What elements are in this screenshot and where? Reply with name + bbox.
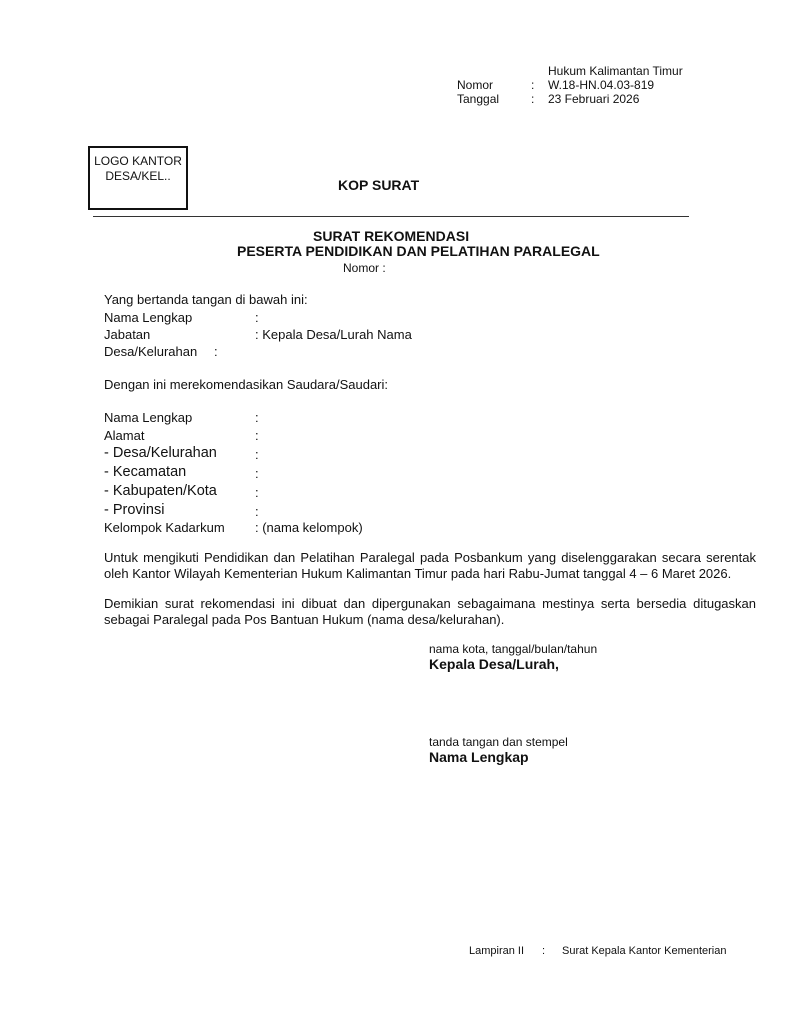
header-tanggal-colon: : bbox=[531, 92, 534, 106]
signer-village-value: : bbox=[214, 344, 218, 359]
footer-attachment-colon: : bbox=[542, 945, 545, 958]
header-nomor-value: W.18-HN.04.03-819 bbox=[548, 78, 654, 92]
recommend-village-label: - Desa/Kelurahan bbox=[104, 445, 217, 462]
paragraph-purpose: Untuk mengikuti Pendidikan dan Pelatihan… bbox=[104, 550, 756, 582]
signer-intro: Yang bertanda tangan di bawah ini: bbox=[104, 292, 308, 307]
logo-placeholder: LOGO KANTOR DESA/KEL.. bbox=[88, 146, 188, 210]
header-row-tanggal: Tanggal : 23 Februari 2026 bbox=[457, 92, 717, 106]
title-nomor: Nomor : bbox=[343, 261, 386, 275]
title-line-2: PESERTA PENDIDIKAN DAN PELATIHAN PARALEG… bbox=[237, 243, 600, 260]
paragraph-closing-line-1: Demikian surat rekomendasi ini dibuat da… bbox=[104, 596, 756, 612]
signer-village-label: Desa/Kelurahan bbox=[104, 344, 197, 359]
recommend-regency-value: : bbox=[255, 485, 259, 500]
signature-position: Kepala Desa/Lurah, bbox=[429, 656, 559, 673]
signature-name: Nama Lengkap bbox=[429, 749, 529, 766]
header-row-nomor: Nomor : W.18-HN.04.03-819 bbox=[457, 78, 717, 92]
letterhead-divider bbox=[93, 216, 689, 217]
recommend-province-label: - Provinsi bbox=[104, 502, 164, 519]
signer-name-value: : bbox=[255, 310, 259, 325]
paragraph-purpose-line-2: oleh Kantor Wilayah Kementerian Hukum Ka… bbox=[104, 566, 756, 582]
recommend-address-label: Alamat bbox=[104, 428, 144, 443]
signature-place-date: nama kota, tanggal/bulan/tahun bbox=[429, 642, 597, 656]
recommend-group-label: Kelompok Kadarkum bbox=[104, 520, 225, 535]
signer-name-label: Nama Lengkap bbox=[104, 310, 192, 325]
header-nomor-colon: : bbox=[531, 78, 534, 92]
recommend-village-value: : bbox=[255, 447, 259, 462]
footer-attachment-label: Lampiran II bbox=[469, 945, 524, 958]
recommend-name-label: Nama Lengkap bbox=[104, 410, 192, 425]
recommend-address-value: : bbox=[255, 428, 259, 443]
header-org-line: Hukum Kalimantan Timur bbox=[548, 64, 683, 78]
recommend-province-value: : bbox=[255, 504, 259, 519]
paragraph-closing-line-2: sebagai Paralegal pada Pos Bantuan Hukum… bbox=[104, 612, 756, 628]
paragraph-closing: Demikian surat rekomendasi ini dibuat da… bbox=[104, 596, 756, 628]
logo-line-2: DESA/KEL.. bbox=[90, 169, 186, 184]
recommend-district-label: - Kecamatan bbox=[104, 464, 186, 481]
header-tanggal-value: 23 Februari 2026 bbox=[548, 92, 639, 106]
logo-line-1: LOGO KANTOR bbox=[90, 154, 186, 169]
signature-sign-note: tanda tangan dan stempel bbox=[429, 735, 568, 749]
signer-position-label: Jabatan bbox=[104, 327, 150, 342]
signer-position-value: : Kepala Desa/Lurah Nama bbox=[255, 327, 412, 342]
header-nomor-label: Nomor bbox=[457, 78, 493, 92]
recommend-intro: Dengan ini merekomendasikan Saudara/Saud… bbox=[104, 377, 388, 392]
footer-attachment-value: Surat Kepala Kantor Kementerian bbox=[562, 945, 727, 958]
recommend-name-value: : bbox=[255, 410, 259, 425]
kop-surat: KOP SURAT bbox=[338, 177, 419, 194]
header-tanggal-label: Tanggal bbox=[457, 92, 499, 106]
recommend-group-value: : (nama kelompok) bbox=[255, 520, 363, 535]
paragraph-purpose-line-1: Untuk mengikuti Pendidikan dan Pelatihan… bbox=[104, 550, 756, 566]
recommend-regency-label: - Kabupaten/Kota bbox=[104, 483, 217, 500]
recommend-district-value: : bbox=[255, 466, 259, 481]
